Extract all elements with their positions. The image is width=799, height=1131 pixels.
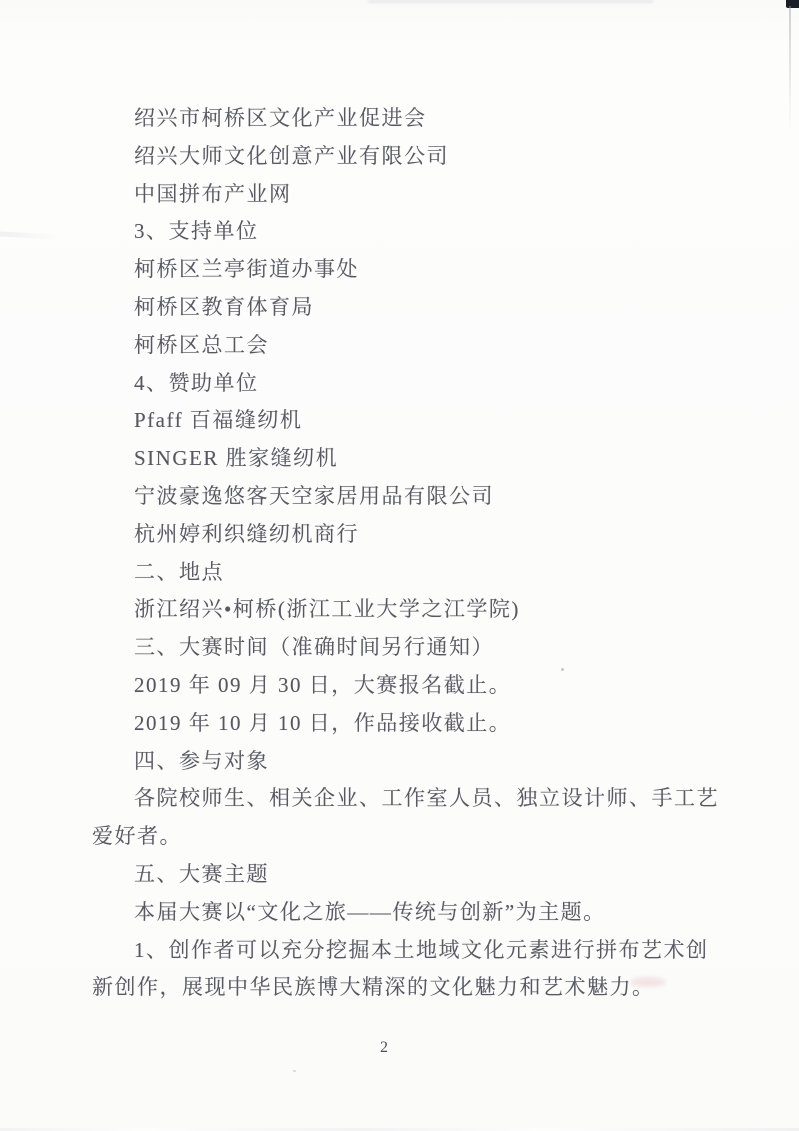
text-line: 柯桥区总工会 [92,327,752,365]
text-line: 杭州婷利织缝纫机商行 [92,516,752,554]
text-line-heading-4: 四、参与对象 [92,743,752,781]
text-line: 新创作，展现中华民族博大精深的文化魅力和艺术魅力。 [92,969,752,1007]
scan-left-streak-artifact [0,231,58,239]
scan-speck-artifact [561,668,564,671]
scan-top-haze-artifact [368,0,653,3]
text-line: 本届大赛以“文化之旅——传统与创新”为主题。 [92,894,752,932]
page-number: 2 [380,1039,388,1057]
text-line: 中国拼布产业网 [92,176,752,214]
scan-pink-smudge-artifact [630,977,666,987]
scan-speck-artifact [293,1070,296,1072]
text-line-heading-5: 五、大赛主题 [92,856,752,894]
text-line-heading-3: 三、大赛时间（准确时间另行通知） [92,629,752,667]
text-line: 2019 年 09 月 30 日，大赛报名截止。 [92,667,752,705]
text-line: 绍兴市柯桥区文化产业促进会 [92,100,752,138]
text-line: 2019 年 10 月 10 日，作品接收截止。 [92,705,752,743]
text-line: 柯桥区兰亭街道办事处 [92,251,752,289]
document-body: 绍兴市柯桥区文化产业促进会 绍兴大师文化创意产业有限公司 中国拼布产业网 3、支… [92,100,752,1007]
text-line: 绍兴大师文化创意产业有限公司 [92,138,752,176]
text-line: 柯桥区教育体育局 [92,289,752,327]
text-line: 爱好者。 [92,818,752,856]
scanned-document-page: 绍兴市柯桥区文化产业促进会 绍兴大师文化创意产业有限公司 中国拼布产业网 3、支… [0,0,799,1131]
text-line: 1、创作者可以充分挖掘本土地域文化元素进行拼布艺术创 [92,932,752,970]
scan-corner-artifact [786,0,799,8]
text-line: 各院校师生、相关企业、工作室人员、独立设计师、手工艺 [92,780,752,818]
text-line: 宁波豪逸悠客天空家居用品有限公司 [92,478,752,516]
text-line-heading-2: 二、地点 [92,554,752,592]
text-line-section-4: 4、赞助单位 [92,365,752,403]
scan-edge-line-artifact [789,6,791,131]
text-line: SINGER 胜家缝纫机 [92,440,752,478]
text-line: Pfaff 百福缝纫机 [92,402,752,440]
text-line: 浙江绍兴•柯桥(浙江工业大学之江学院) [92,591,752,629]
text-line-section-3: 3、支持单位 [92,213,752,251]
